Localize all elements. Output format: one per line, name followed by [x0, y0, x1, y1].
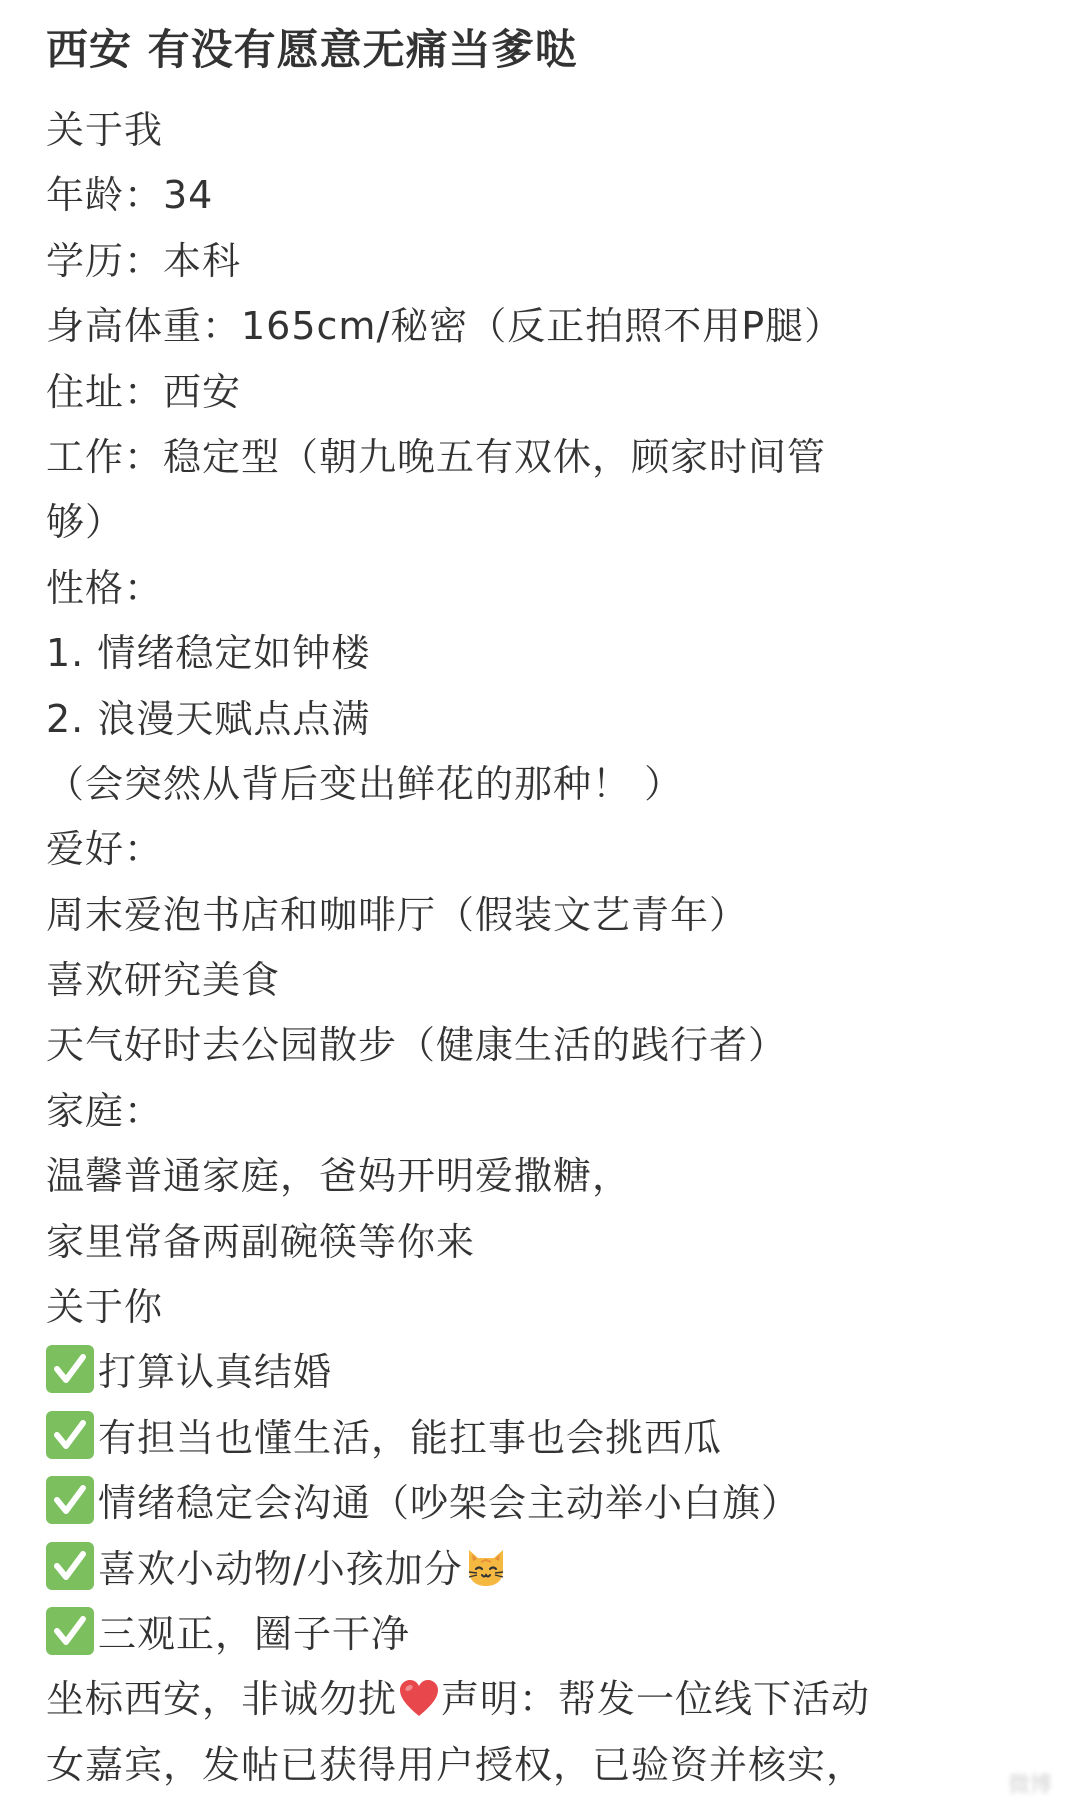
hobby-item: 周末爱泡书店和咖啡厅（假装文艺青年） — [46, 883, 1040, 948]
requirement-text: 情绪稳定会沟通（吵架会主动举小白旗） — [98, 1481, 800, 1525]
requirement-item: 三观正，圈子干净 — [46, 1602, 1040, 1667]
personality-item: 1. 情绪稳定如钟楼 — [46, 621, 1040, 686]
family-heading: 家庭： — [46, 1079, 1040, 1144]
location-text: 坐标西安，非诚勿扰 — [46, 1677, 397, 1721]
watermark-text: 微博 — [902, 1768, 1062, 1804]
requirement-text: 打算认真结婚 — [98, 1350, 332, 1394]
requirement-text: 有担当也懂生活，能扛事也会挑西瓜 — [98, 1416, 722, 1460]
requirement-item: 喜欢小动物/小孩加分 — [46, 1537, 1040, 1602]
hobby-item: 天气好时去公园散步（健康生活的践行者） — [46, 1013, 1040, 1078]
check-mark-button-icon — [46, 1607, 94, 1655]
about-me-heading: 关于我 — [46, 98, 1040, 163]
post-title: 西安 有没有愿意无痛当爹哒 — [46, 18, 1040, 82]
disclaimer-line: 女嘉宾，发帖已获得用户授权，已验资并核实， — [46, 1733, 1040, 1798]
check-mark-button-icon — [46, 1542, 94, 1590]
requirement-item: 打算认真结婚 — [46, 1340, 1040, 1405]
requirement-item: 有担当也懂生活，能扛事也会挑西瓜 — [46, 1406, 1040, 1471]
requirement-text: 三观正，圈子干净 — [98, 1612, 410, 1656]
requirement-item: 情绪稳定会沟通（吵架会主动举小白旗） — [46, 1471, 1040, 1536]
requirement-text: 喜欢小动物/小孩加分 — [98, 1547, 463, 1591]
personality-heading: 性格： — [46, 556, 1040, 621]
cat-face-icon — [463, 1544, 509, 1590]
red-heart-icon — [397, 1675, 441, 1719]
check-mark-button-icon — [46, 1345, 94, 1393]
location-disclaimer-line: 坐标西安，非诚勿扰 声明：帮发一位线下活动 — [46, 1667, 1040, 1732]
post-content: 西安 有没有愿意无痛当爹哒 关于我 年龄：34 学历：本科 身高体重：165cm… — [46, 18, 1040, 1798]
work-line-continued: 够） — [46, 490, 1040, 555]
disclaimer-text: 声明：帮发一位线下活动 — [441, 1677, 870, 1721]
height-weight-line: 身高体重：165cm/秘密（反正拍照不用P腿） — [46, 294, 1040, 359]
personality-item: 2. 浪漫天赋点点满 — [46, 687, 1040, 752]
family-item: 温馨普通家庭，爸妈开明爱撒糖， — [46, 1144, 1040, 1209]
family-item: 家里常备两副碗筷等你来 — [46, 1210, 1040, 1275]
hobbies-heading: 爱好： — [46, 817, 1040, 882]
check-mark-button-icon — [46, 1411, 94, 1459]
work-line: 工作：稳定型（朝九晚五有双休，顾家时间管 — [46, 425, 1040, 490]
watermark: 微博 — [902, 1768, 1062, 1804]
age-line: 年龄：34 — [46, 163, 1040, 228]
address-line: 住址：西安 — [46, 360, 1040, 425]
education-line: 学历：本科 — [46, 229, 1040, 294]
check-mark-button-icon — [46, 1476, 94, 1524]
about-you-heading: 关于你 — [46, 1275, 1040, 1340]
hobby-item: 喜欢研究美食 — [46, 948, 1040, 1013]
personality-item: （会突然从背后变出鲜花的那种！ ） — [46, 752, 1040, 817]
